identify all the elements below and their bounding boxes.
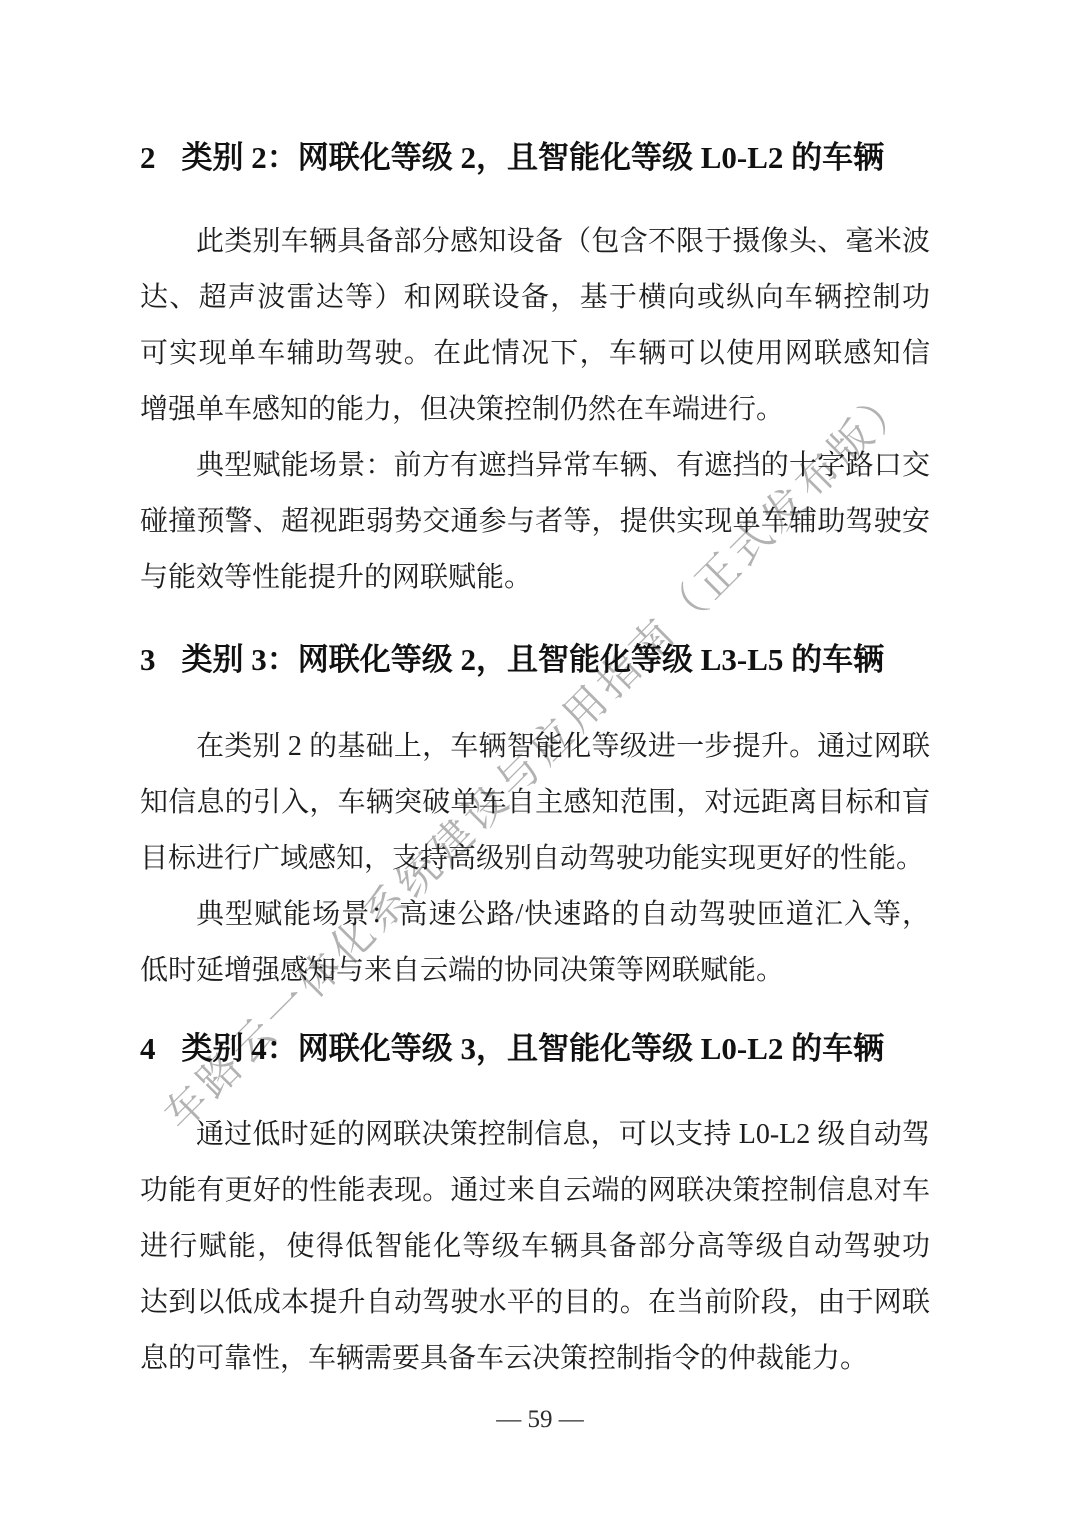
text-line: 通过低时延的网联决策控制信息，可以支持 L0-L2 级自动驾驶 [140,1107,930,1163]
section-title: 类别 3：网联化等级 2，且智能化等级 L3-L5 的车辆 [182,642,885,677]
text-line: 达到以低成本提升自动驾驶水平的目的。在当前阶段，由于网联信 [140,1275,930,1331]
text-line: 功能有更好的性能表现。通过来自云端的网联决策控制信息对车辆 [140,1163,930,1219]
paragraph: 典型赋能场景：前方有遮挡异常车辆、有遮挡的十字路口交叉 碰撞预警、超视距弱势交通… [140,438,930,606]
section-heading-4: 4类别 4：网联化等级 3，且智能化等级 L0-L2 的车辆 [140,1029,930,1069]
section-number: 4 [140,1029,156,1069]
text-line: 在类别 2 的基础上，车辆智能化等级进一步提升。通过网联感 [140,719,930,775]
paragraph: 典型赋能场景：高速公路/快速路的自动驾驶匝道汇入等，提供 低时延增强感知与来自云… [140,887,930,999]
text-line: 典型赋能场景：高速公路/快速路的自动驾驶匝道汇入等，提供 [140,887,930,943]
text-line: 与能效等性能提升的网联赋能。 [140,550,930,606]
section-heading-2: 2类别 2：网联化等级 2，且智能化等级 L0-L2 的车辆 [140,138,930,178]
paragraph: 在类别 2 的基础上，车辆智能化等级进一步提升。通过网联感 知信息的引入，车辆突… [140,719,930,887]
text-line: 可实现单车辅助驾驶。在此情况下，车辆可以使用网联感知信息， [140,326,930,382]
text-line: 低时延增强感知与来自云端的协同决策等网联赋能。 [140,943,930,999]
paragraph: 此类别车辆具备部分感知设备（包含不限于摄像头、毫米波雷 达、超声波雷达等）和网联… [140,214,930,438]
document-page: 车路云一体化系统建设与应用指南（正式发布版） 2类别 2：网联化等级 2，且智能… [0,0,1080,1527]
text-line: 此类别车辆具备部分感知设备（包含不限于摄像头、毫米波雷 [140,214,930,270]
paragraph: 通过低时延的网联决策控制信息，可以支持 L0-L2 级自动驾驶 功能有更好的性能… [140,1107,930,1387]
text-line: 息的可靠性，车辆需要具备车云决策控制指令的仲裁能力。 [140,1331,930,1387]
text-line: 目标进行广域感知，支持高级别自动驾驶功能实现更好的性能。 [140,831,930,887]
text-line: 达、超声波雷达等）和网联设备，基于横向或纵向车辆控制功能， [140,270,930,326]
text-line: 知信息的引入，车辆突破单车自主感知范围，对远距离目标和盲区 [140,775,930,831]
text-line: 碰撞预警、超视距弱势交通参与者等，提供实现单车辅助驾驶安全 [140,494,930,550]
page-number: — 59 — [0,1406,1080,1434]
document-body: 2类别 2：网联化等级 2，且智能化等级 L0-L2 的车辆 此类别车辆具备部分… [140,0,930,1387]
section-title: 类别 4：网联化等级 3，且智能化等级 L0-L2 的车辆 [182,1031,885,1066]
text-line: 进行赋能，使得低智能化等级车辆具备部分高等级自动驾驶功能， [140,1219,930,1275]
text-line: 增强单车感知的能力，但决策控制仍然在车端进行。 [140,382,930,438]
section-title: 类别 2：网联化等级 2，且智能化等级 L0-L2 的车辆 [182,140,885,175]
section-number: 2 [140,138,156,178]
section-number: 3 [140,640,156,680]
section-heading-3: 3类别 3：网联化等级 2，且智能化等级 L3-L5 的车辆 [140,640,930,680]
text-line: 典型赋能场景：前方有遮挡异常车辆、有遮挡的十字路口交叉 [140,438,930,494]
